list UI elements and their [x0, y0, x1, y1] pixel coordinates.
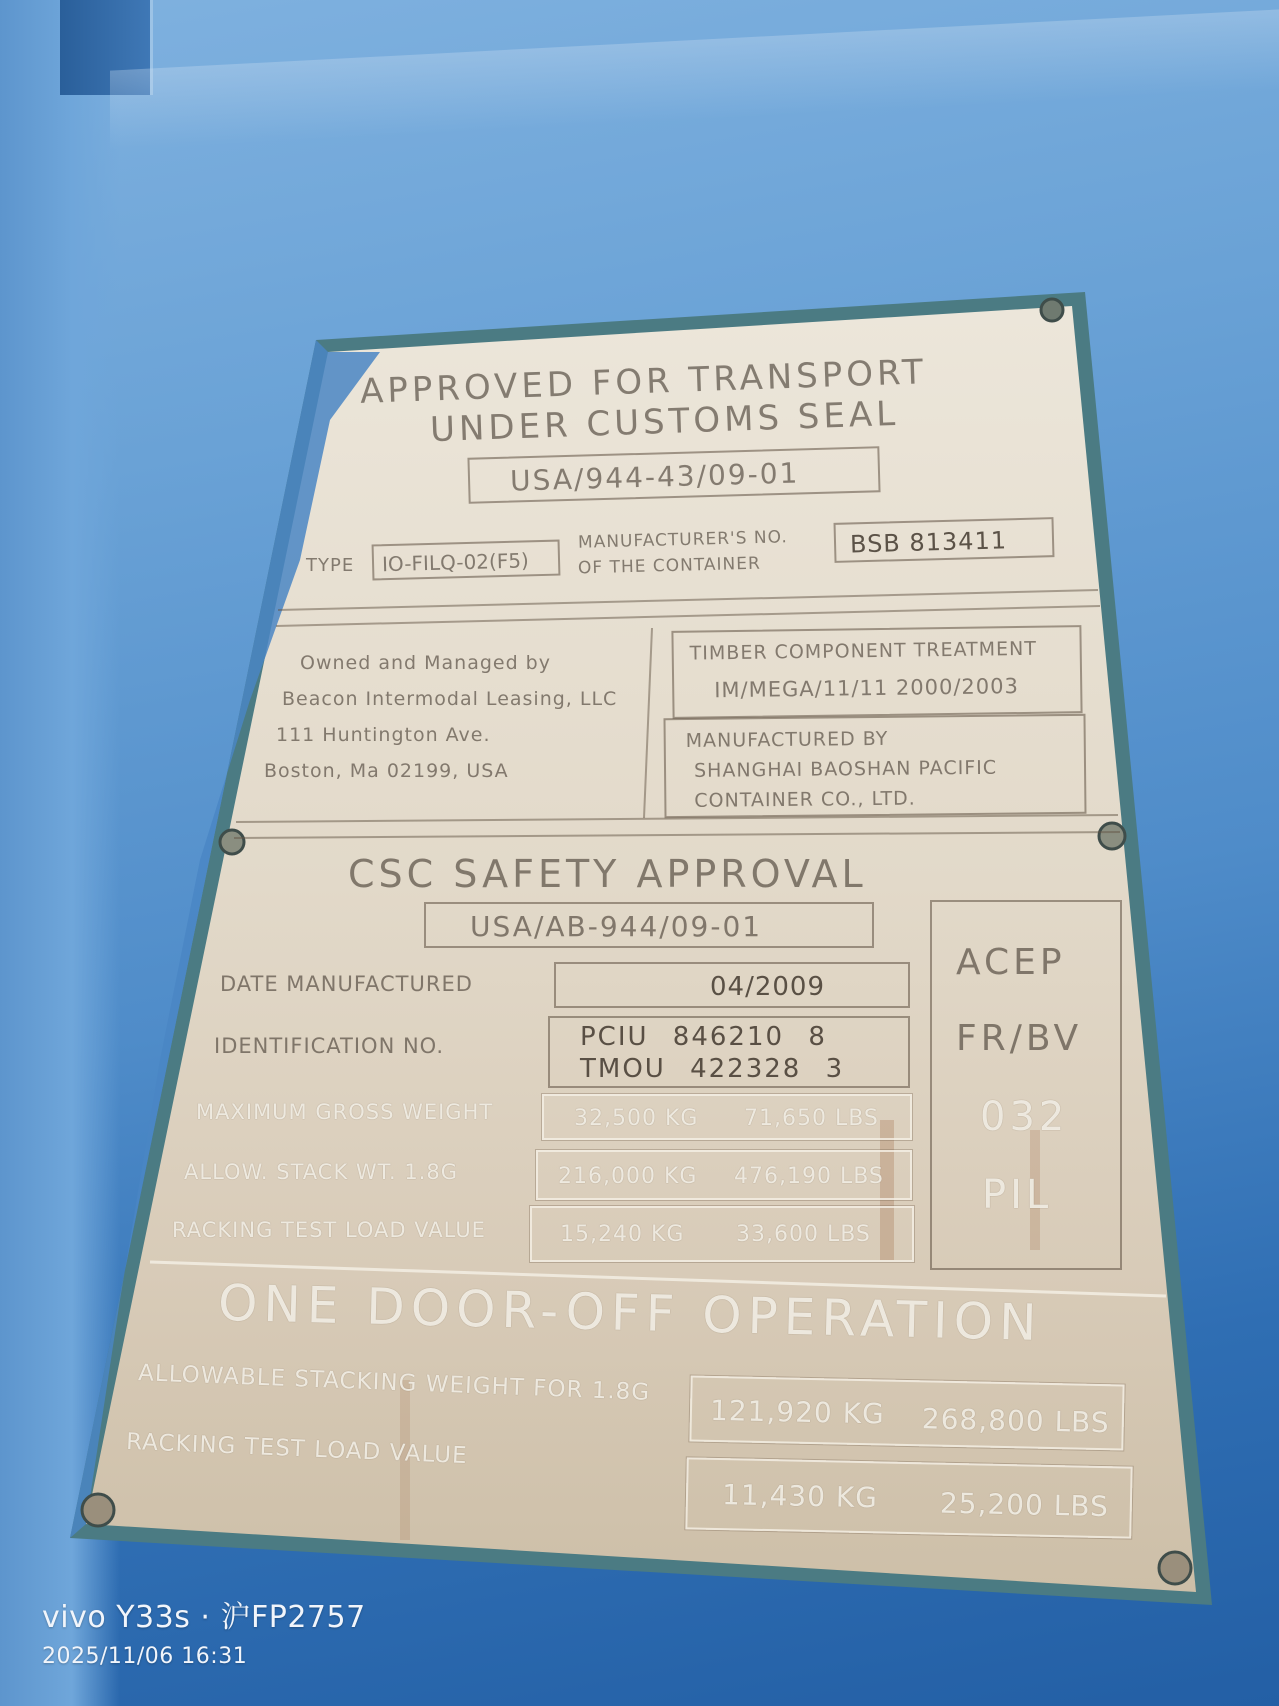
side-box-line3: 032 — [980, 1094, 1068, 1140]
manufacturer-line3: CONTAINER CO., LTD. — [694, 788, 916, 812]
allow-stack-weight-kg: 216,000 KG — [558, 1164, 697, 1189]
date-manufactured-box: 04/2009 — [554, 962, 910, 1008]
one-door-racking-kg: 11,430 KG — [722, 1478, 879, 1514]
allow-stack-weight-label: ALLOW. STACK WT. 1.8G — [184, 1160, 458, 1184]
max-gross-weight-label: MAXIMUM GROSS WEIGHT — [196, 1100, 493, 1124]
manufacturer-line2: SHANGHAI BAOSHAN PACIFIC — [694, 757, 997, 782]
manufacturer-no-value: BSB 813411 — [850, 526, 1008, 558]
allow-stack-weight-box: 216,000 KG 476,190 LBS — [536, 1150, 912, 1200]
camera-watermark-device: vivo Y33s · 沪FP2757 — [42, 1592, 366, 1636]
owner-line3: 111 Huntington Ave. — [276, 724, 491, 746]
date-manufactured-label: DATE MANUFACTURED — [220, 972, 473, 996]
one-door-stacking-lbs: 268,800 LBS — [922, 1402, 1110, 1439]
timber-treatment-box: TIMBER COMPONENT TREATMENT IM/MEGA/11/11… — [671, 625, 1082, 719]
csc-heading: CSC SAFETY APPROVAL — [348, 852, 867, 896]
side-box-line2: FR/BV — [956, 1018, 1082, 1059]
csc-approval-box: USA/AB-944/09-01 — [424, 902, 874, 948]
side-box-line4: PIL — [982, 1172, 1052, 1218]
type-value: IO-FILQ-02(F5) — [382, 548, 529, 576]
classification-side-box: ACEP FR/BV 032 PIL — [930, 900, 1122, 1270]
identification-no-line2: TMOU 422328 3 — [580, 1054, 844, 1084]
manufactured-by-box: MANUFACTURED BY SHANGHAI BAOSHAN PACIFIC… — [663, 714, 1086, 818]
date-manufactured-value: 04/2009 — [710, 972, 825, 1002]
timber-line1: TIMBER COMPONENT TREATMENT — [690, 638, 1037, 665]
max-gross-weight-lbs: 71,650 LBS — [744, 1106, 879, 1131]
racking-test-kg: 15,240 KG — [560, 1222, 684, 1247]
timber-line2: IM/MEGA/11/11 2000/2003 — [714, 674, 1019, 702]
racking-test-box: 15,240 KG 33,600 LBS — [530, 1206, 914, 1262]
racking-test-lbs: 33,600 LBS — [736, 1222, 871, 1247]
one-door-stacking-box: 121,920 KG 268,800 LBS — [689, 1375, 1124, 1450]
max-gross-weight-kg: 32,500 KG — [574, 1106, 698, 1131]
owner-line4: Boston, Ma 02199, USA — [264, 760, 509, 782]
one-door-racking-lbs: 25,200 LBS — [940, 1487, 1110, 1524]
one-door-racking-box: 11,430 KG 25,200 LBS — [685, 1457, 1132, 1538]
manufacturer-no-box: BSB 813411 — [834, 517, 1055, 563]
type-label: TYPE — [306, 555, 354, 576]
identification-no-box: PCIU 846210 8 TMOU 422328 3 — [548, 1016, 910, 1088]
racking-test-label: RACKING TEST LOAD VALUE — [172, 1218, 486, 1242]
owner-line1: Owned and Managed by — [300, 652, 551, 674]
identification-no-line1: PCIU 846210 8 — [580, 1022, 827, 1052]
identification-no-label: IDENTIFICATION NO. — [214, 1034, 444, 1058]
type-box: IO-FILQ-02(F5) — [372, 540, 561, 581]
allow-stack-weight-lbs: 476,190 LBS — [734, 1164, 884, 1189]
max-gross-weight-box: 32,500 KG 71,650 LBS — [542, 1094, 912, 1140]
camera-watermark-timestamp: 2025/11/06 16:31 — [42, 1644, 247, 1669]
manufacturer-line1: MANUFACTURED BY — [686, 728, 889, 752]
side-box-line1: ACEP — [956, 942, 1066, 983]
owner-line2: Beacon Intermodal Leasing, LLC — [282, 688, 617, 710]
customs-approval-number: USA/944-43/09-01 — [510, 457, 800, 498]
one-door-stacking-kg: 121,920 KG — [710, 1394, 885, 1431]
csc-approval-number: USA/AB-944/09-01 — [470, 910, 762, 943]
